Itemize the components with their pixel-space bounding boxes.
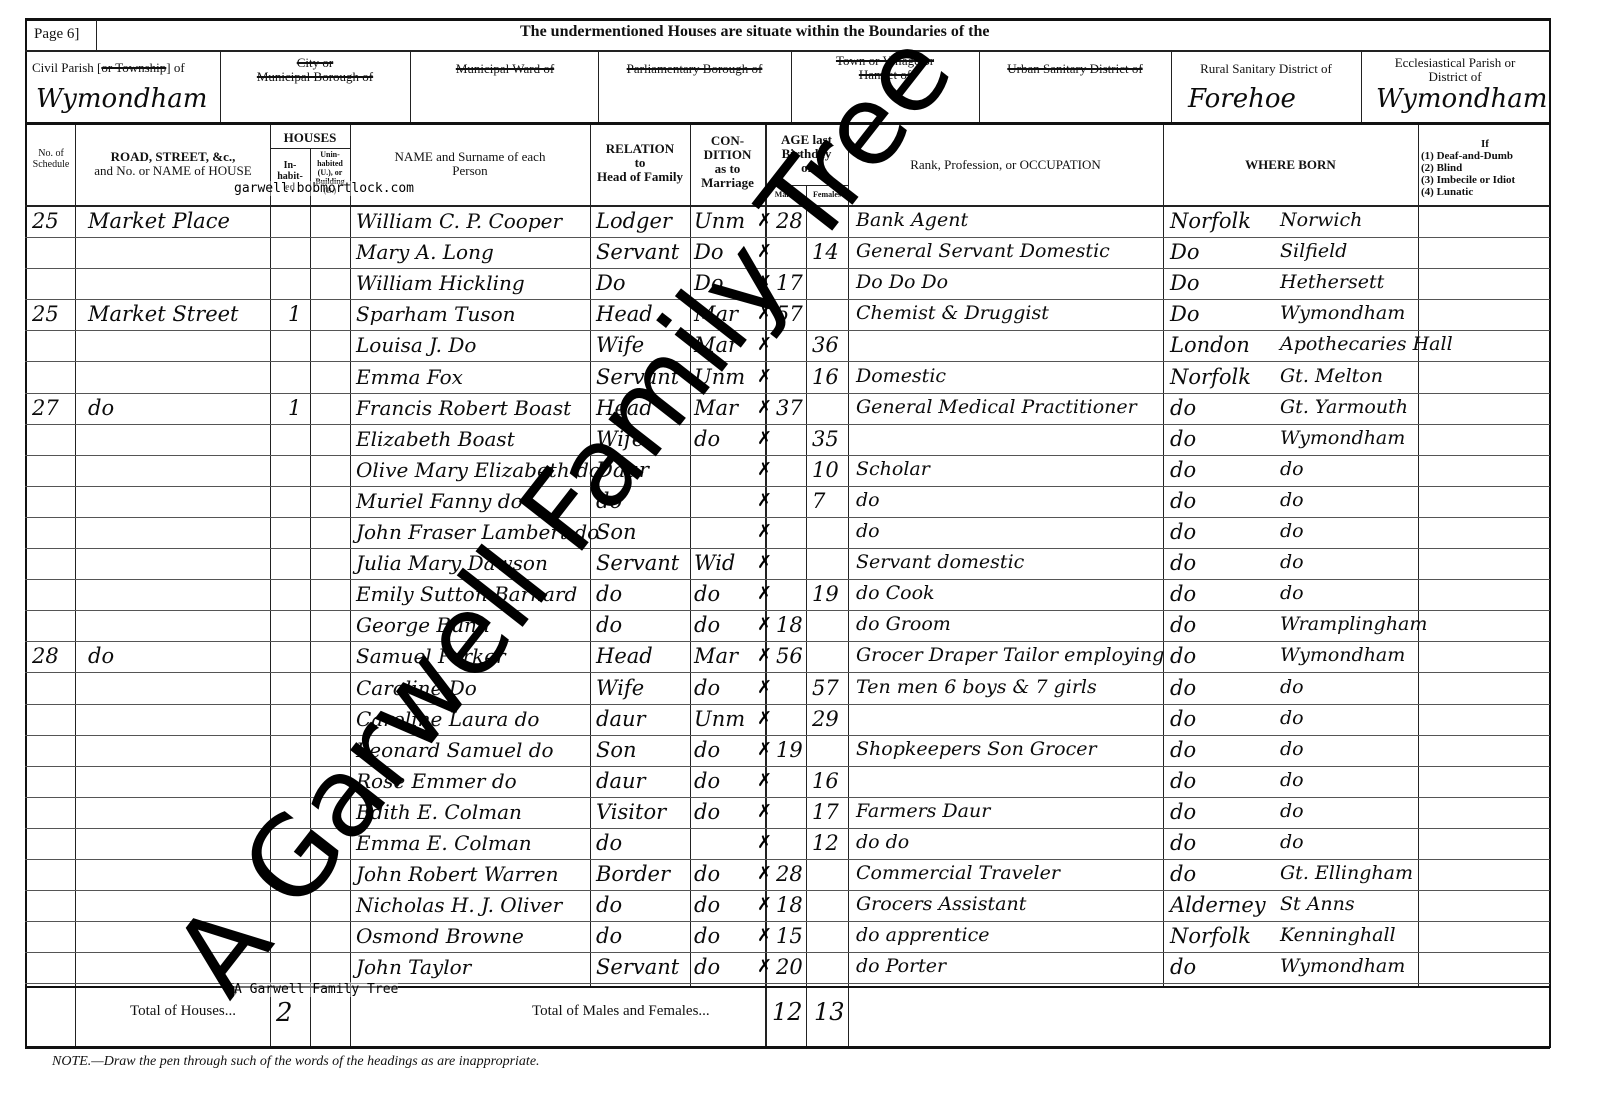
row-male-age: 56	[776, 644, 803, 668]
row-condition: Mar	[694, 302, 738, 326]
row-name: Nicholas H. J. Oliver	[356, 893, 562, 917]
row-born-place: do	[1280, 489, 1304, 511]
row-road: Market Street	[88, 302, 239, 326]
table-row: Elizabeth BoastWifedo35doWymondham✗	[0, 425, 1608, 456]
tally-mark-icon: ✗	[757, 614, 772, 635]
row-relation: Border	[596, 862, 670, 886]
row-occupation: do	[856, 520, 880, 542]
row-born-place: Wramplingham	[1280, 613, 1427, 635]
row-born-place: Silfield	[1280, 240, 1347, 262]
row-occupation: Servant domestic	[856, 551, 1024, 573]
row-name: William C. P. Cooper	[356, 209, 562, 233]
tally-mark-icon: ✗	[757, 645, 772, 666]
row-male-age: 15	[776, 924, 803, 948]
tally-mark-icon: ✗	[757, 241, 772, 262]
row-occupation: General Servant Domestic	[856, 240, 1110, 262]
tally-mark-icon: ✗	[757, 739, 772, 760]
row-born-place: do	[1280, 738, 1304, 760]
header-males: Males	[766, 190, 804, 199]
tally-mark-icon: ✗	[757, 272, 772, 293]
town-village-label: Town or Village or Hamlet of	[791, 54, 979, 82]
row-born-place: Kenninghall	[1280, 924, 1396, 946]
header-road: ROAD, STREET, &c.,and No. or NAME of HOU…	[76, 150, 270, 178]
row-relation: Servant	[596, 365, 679, 389]
row-occupation: Commercial Traveler	[856, 862, 1060, 884]
tally-mark-icon: ✗	[757, 677, 772, 698]
row-born-place: Gt. Yarmouth	[1280, 396, 1408, 418]
row-relation: Head	[596, 396, 653, 420]
row-born-county: do	[1170, 707, 1196, 731]
houses-divider	[270, 148, 350, 149]
tally-mark-icon: ✗	[757, 863, 772, 884]
row-relation: Visitor	[596, 800, 666, 824]
ecclesiastical-value: Wymondham	[1376, 84, 1547, 114]
row-male-age: 20	[776, 955, 803, 979]
total-males-value: 12	[772, 998, 803, 1026]
tally-mark-icon: ✗	[757, 459, 772, 480]
row-name: Louisa J. Do	[356, 333, 476, 357]
row-born-county: Norfolk	[1170, 209, 1251, 233]
row-male-age: 18	[776, 613, 803, 637]
row-born-place: do	[1280, 551, 1304, 573]
row-occupation: Grocer Draper Tailor employing	[856, 644, 1164, 666]
table-row: Emily Sutton Barnarddodo19do Cookdodo✗	[0, 580, 1608, 611]
row-female-age: 12	[812, 831, 839, 855]
row-name: John Taylor	[356, 955, 471, 979]
row-male-age: 37	[776, 396, 803, 420]
row-male-age: 28	[776, 209, 803, 233]
row-male-age: 28	[776, 862, 803, 886]
tally-mark-icon: ✗	[757, 583, 772, 604]
row-name: Emily Sutton Barnard	[356, 582, 577, 606]
tally-mark-icon: ✗	[757, 925, 772, 946]
total-houses-value: 2	[276, 998, 293, 1028]
row-born-place: Wymondham	[1280, 644, 1405, 666]
row-born-county: Do	[1170, 240, 1199, 264]
row-born-place: Gt. Melton	[1280, 365, 1383, 387]
table-row: Caroline Laura dodaurUnm29dodo✗	[0, 705, 1608, 736]
row-born-place: do	[1280, 458, 1304, 480]
row-born-place: St Anns	[1280, 893, 1355, 915]
row-relation: do	[596, 582, 622, 606]
row-female-age: 7	[812, 489, 825, 513]
header-infirmity: If (1) Deaf-and-Dumb (2) Blind (3) Imbec…	[1421, 138, 1549, 198]
tally-mark-icon: ✗	[757, 210, 772, 231]
row-born-county: Norfolk	[1170, 924, 1251, 948]
row-born-county: London	[1170, 333, 1250, 357]
municipal-ward-label: Municipal Ward of	[410, 62, 600, 76]
row-relation: Wife	[596, 427, 644, 451]
table-row: John Fraser Lambert doSondododo✗	[0, 518, 1608, 549]
tally-mark-icon: ✗	[757, 801, 772, 822]
row-occupation: do do	[856, 831, 909, 853]
row-occupation: do Porter	[856, 955, 946, 977]
row-relation: do	[596, 613, 622, 637]
ecclesiastical-label: Ecclesiastical Parish or District of	[1361, 56, 1549, 84]
footnote: NOTE.—Draw the pen through such of the w…	[52, 1054, 540, 1070]
row-condition: do	[694, 924, 720, 948]
header-name: NAME and Surname of eachPerson	[350, 150, 590, 178]
row-condition: do	[694, 582, 720, 606]
watermark-url: garwell.bobmortlock.com	[234, 181, 414, 196]
row-relation: Wife	[596, 676, 644, 700]
row-born-county: do	[1170, 489, 1196, 513]
row-born-county: do	[1170, 955, 1196, 979]
row-name: Samuel Parker	[356, 644, 506, 668]
row-name: Sparham Tuson	[356, 302, 516, 326]
row-occupation: do Cook	[856, 582, 935, 604]
title-divider	[25, 50, 1550, 52]
table-row: 28doSamuel ParkerHeadMar56Grocer Draper …	[0, 642, 1608, 673]
table-row: 25Market PlaceWilliam C. P. CooperLodger…	[0, 207, 1608, 238]
row-condition: Do	[694, 271, 723, 295]
row-relation: Head	[596, 644, 653, 668]
total-females-value: 13	[814, 998, 845, 1026]
tally-mark-icon: ✗	[757, 303, 772, 324]
tally-mark-icon: ✗	[757, 521, 772, 542]
row-born-county: do	[1170, 800, 1196, 824]
row-road: do	[88, 644, 114, 668]
row-condition: do	[694, 613, 720, 637]
table-row: John Robert WarrenBorderdo28Commercial T…	[0, 860, 1608, 891]
row-name: William Hickling	[356, 271, 525, 295]
row-condition: do	[694, 862, 720, 886]
urban-sanitary-label: Urban Sanitary District of	[979, 62, 1171, 76]
table-row: Mary A. LongServantDo14General Servant D…	[0, 238, 1608, 269]
row-name: Muriel Fanny do	[356, 489, 523, 513]
row-relation: do	[596, 489, 622, 513]
row-name: Osmond Browne	[356, 924, 524, 948]
row-name: George Bunn	[356, 613, 490, 637]
frame-top	[25, 18, 1550, 21]
page-divider	[96, 20, 97, 50]
row-occupation: do	[856, 489, 880, 511]
row-name: Edith E. Colman	[356, 800, 522, 824]
row-born-place: do	[1280, 582, 1304, 604]
row-condition: Unm	[694, 365, 745, 389]
row-occupation: Scholar	[856, 458, 930, 480]
header-where-born: WHERE BORN	[1163, 158, 1418, 172]
row-born-county: do	[1170, 862, 1196, 886]
age-divider	[765, 185, 848, 186]
row-relation: Son	[596, 520, 637, 544]
table-row: Olive Mary Elizabeth doDaur10Scholardodo…	[0, 456, 1608, 487]
banner-title: The undermentioned Houses are situate wi…	[520, 23, 990, 41]
row-born-place: do	[1280, 800, 1304, 822]
row-born-county: do	[1170, 769, 1196, 793]
tally-mark-icon: ✗	[757, 770, 772, 791]
row-name: Mary A. Long	[356, 240, 494, 264]
city-borough-label: City or Municipal Borough of	[220, 56, 410, 84]
row-relation: Head	[596, 302, 653, 326]
row-occupation: Bank Agent	[856, 209, 968, 231]
header-relation: RELATIONtoHead of Family	[590, 142, 690, 184]
page-number: Page 6]	[34, 26, 79, 43]
table-row: Muriel Fanny dodo7dododo✗	[0, 487, 1608, 518]
row-female-age: 57	[812, 676, 839, 700]
table-row: Louisa J. DoWifeMar36LondonApothecaries …	[0, 331, 1608, 362]
row-relation: do	[596, 924, 622, 948]
row-born-place: Apothecaries Hall	[1280, 333, 1453, 355]
row-name: Elizabeth Boast	[356, 427, 515, 451]
row-female-age: 16	[812, 769, 839, 793]
tally-mark-icon: ✗	[757, 552, 772, 573]
row-name: Francis Robert Boast	[356, 396, 571, 420]
row-relation: Daur	[596, 458, 649, 482]
parliamentary-borough-label: Parliamentary Borough of	[598, 62, 791, 76]
table-row: Rose Emmer dodaurdo16dodo✗	[0, 767, 1608, 798]
row-road: do	[88, 396, 114, 420]
row-relation: Wife	[596, 333, 644, 357]
row-schedule: 28	[32, 644, 59, 668]
row-condition: Unm	[694, 707, 745, 731]
row-born-county: do	[1170, 458, 1196, 482]
header-schedule: No. ofSchedule	[28, 148, 74, 170]
tally-mark-icon: ✗	[757, 708, 772, 729]
row-name: Caroline Laura do	[356, 707, 539, 731]
row-schedule: 25	[32, 302, 59, 326]
row-condition: Mar	[694, 333, 738, 357]
row-name: Caroline Do	[356, 676, 477, 700]
row-born-county: do	[1170, 831, 1196, 855]
header-condition: CON-DITIONas toMarriage	[690, 134, 765, 190]
row-female-age: 36	[812, 333, 839, 357]
header-houses: HOUSES	[270, 131, 350, 145]
row-occupation: General Medical Practitioner	[856, 396, 1137, 418]
row-female-age: 10	[812, 458, 839, 482]
tally-mark-icon: ✗	[757, 334, 772, 355]
row-born-county: Do	[1170, 302, 1199, 326]
row-condition: do	[694, 955, 720, 979]
header-occupation: Rank, Profession, or OCCUPATION	[848, 158, 1163, 172]
table-row: John TaylorServantdo20do PorterdoWymondh…	[0, 953, 1608, 984]
row-male-age: 17	[776, 271, 803, 295]
row-born-county: do	[1170, 396, 1196, 420]
row-born-county: do	[1170, 613, 1196, 637]
row-name: Julia Mary Dawson	[356, 551, 548, 575]
row-born-county: do	[1170, 582, 1196, 606]
row-condition: Mar	[694, 396, 738, 420]
row-relation: Do	[596, 271, 625, 295]
row-born-place: Wymondham	[1280, 955, 1405, 977]
row-inhabited: 1	[288, 302, 301, 326]
row-occupation: Do Do Do	[856, 271, 948, 293]
tally-mark-icon: ✗	[757, 428, 772, 449]
row-condition: do	[694, 738, 720, 762]
tally-mark-icon: ✗	[757, 490, 772, 511]
row-name: Emma Fox	[356, 365, 463, 389]
row-name: Rose Emmer do	[356, 769, 517, 793]
row-born-county: do	[1170, 551, 1196, 575]
row-relation: Servant	[596, 551, 679, 575]
row-occupation: Grocers Assistant	[856, 893, 1026, 915]
row-road: Market Place	[88, 209, 230, 233]
table-row: George Bunndodo18do GroomdoWramplingham✗	[0, 611, 1608, 642]
row-occupation: do apprentice	[856, 924, 989, 946]
row-inhabited: 1	[288, 396, 301, 420]
row-female-age: 19	[812, 582, 839, 606]
row-born-county: Do	[1170, 271, 1199, 295]
row-name: John Robert Warren	[356, 862, 558, 886]
row-female-age: 29	[812, 707, 839, 731]
row-male-age: 18	[776, 893, 803, 917]
rural-sanitary-label: Rural Sanitary District of	[1171, 62, 1361, 76]
table-row: 25Market Street1Sparham TusonHeadMar57Ch…	[0, 300, 1608, 331]
header-females: Females	[806, 190, 848, 199]
row-occupation: Farmers Daur	[856, 800, 990, 822]
row-condition: Unm	[694, 209, 745, 233]
row-born-county: do	[1170, 738, 1196, 762]
row-born-county: do	[1170, 644, 1196, 668]
row-born-county: do	[1170, 520, 1196, 544]
row-born-county: do	[1170, 676, 1196, 700]
table-row: Edith E. ColmanVisitordo17Farmers Daurdo…	[0, 798, 1608, 829]
tally-mark-icon: ✗	[757, 397, 772, 418]
row-relation: Servant	[596, 240, 679, 264]
row-schedule: 27	[32, 396, 59, 420]
row-born-place: do	[1280, 707, 1304, 729]
row-condition: Do	[694, 240, 723, 264]
watermark-small: A Garwell Family Tree	[234, 982, 398, 997]
total-houses-label: Total of Houses...	[130, 1003, 236, 1020]
row-occupation: Shopkeepers Son Grocer	[856, 738, 1097, 760]
row-relation: Lodger	[596, 209, 672, 233]
row-born-place: do	[1280, 831, 1304, 853]
rural-sanitary-value: Forehoe	[1188, 84, 1296, 114]
row-born-place: Norwich	[1280, 209, 1362, 231]
row-condition: do	[694, 676, 720, 700]
row-born-place: Wymondham	[1280, 302, 1405, 324]
row-relation: do	[596, 831, 622, 855]
row-born-place: do	[1280, 769, 1304, 791]
row-relation: Servant	[596, 955, 679, 979]
table-row: Nicholas H. J. Oliverdodo18Grocers Assis…	[0, 891, 1608, 922]
table-row: Osmond Brownedodo15do apprenticeNorfolkK…	[0, 922, 1608, 953]
row-occupation: Domestic	[856, 365, 946, 387]
row-male-age: 57	[776, 302, 803, 326]
row-condition: do	[694, 427, 720, 451]
row-occupation: do Groom	[856, 613, 951, 635]
header-age: AGE lastBirthdayof	[765, 133, 848, 175]
row-name: Olive Mary Elizabeth do	[356, 458, 601, 482]
row-schedule: 25	[32, 209, 59, 233]
frame-bottom	[25, 1046, 1550, 1049]
row-condition: do	[694, 893, 720, 917]
row-relation: daur	[596, 769, 646, 793]
table-row: Leonard Samuel doSondo19Shopkeepers Son …	[0, 736, 1608, 767]
row-born-county: Alderney	[1170, 893, 1266, 917]
row-occupation: Ten men 6 boys & 7 girls	[856, 676, 1097, 698]
row-born-county: Norfolk	[1170, 365, 1251, 389]
civil-parish-label: Civil Parish [or Township] of	[32, 60, 185, 76]
row-female-age: 35	[812, 427, 839, 451]
row-born-place: do	[1280, 520, 1304, 542]
row-name: Emma E. Colman	[356, 831, 532, 855]
row-born-county: do	[1170, 427, 1196, 451]
row-female-age: 14	[812, 240, 839, 264]
tally-mark-icon: ✗	[757, 894, 772, 915]
row-born-place: Wymondham	[1280, 427, 1405, 449]
row-female-age: 17	[812, 800, 839, 824]
row-occupation: Chemist & Druggist	[856, 302, 1049, 324]
table-row: Caroline DoWifedo57Ten men 6 boys & 7 gi…	[0, 674, 1608, 705]
tally-mark-icon: ✗	[757, 956, 772, 977]
row-condition: Mar	[694, 644, 738, 668]
row-name: Leonard Samuel do	[356, 738, 554, 762]
row-relation: Son	[596, 738, 637, 762]
row-relation: daur	[596, 707, 646, 731]
row-condition: Wid	[694, 551, 735, 575]
row-male-age: 19	[776, 738, 803, 762]
table-row: William HicklingDoDo17Do Do DoDoHetherse…	[0, 269, 1608, 300]
row-condition: do	[694, 800, 720, 824]
table-row: Emma FoxServantUnm16DomesticNorfolkGt. M…	[0, 363, 1608, 394]
row-condition: do	[694, 769, 720, 793]
tally-mark-icon: ✗	[757, 832, 772, 853]
row-born-place: Hethersett	[1280, 271, 1384, 293]
row-born-place: Gt. Ellingham	[1280, 862, 1413, 884]
row-name: John Fraser Lambert do	[356, 520, 599, 544]
boundary-bottom	[25, 122, 1550, 125]
row-born-place: do	[1280, 676, 1304, 698]
table-row: Emma E. Colmando12do dododo✗	[0, 829, 1608, 860]
total-persons-label: Total of Males and Females...	[532, 1003, 710, 1020]
table-row: 27do1Francis Robert BoastHeadMar37Genera…	[0, 394, 1608, 425]
tally-mark-icon: ✗	[757, 366, 772, 387]
row-female-age: 16	[812, 365, 839, 389]
row-relation: do	[596, 893, 622, 917]
table-row: Julia Mary DawsonServantWidServant domes…	[0, 549, 1608, 580]
civil-parish-value: Wymondham	[36, 84, 207, 114]
